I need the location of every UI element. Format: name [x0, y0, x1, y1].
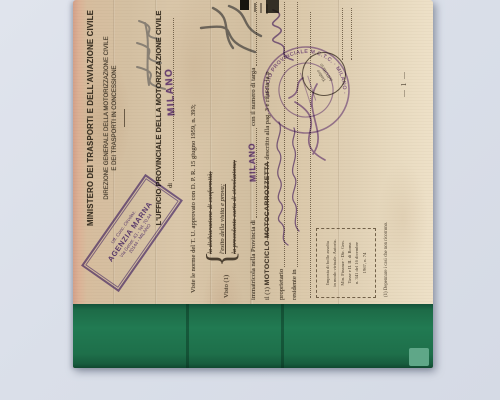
header-rule	[124, 109, 125, 127]
ministry-title: MINISTERO DEI TRASPORTI E DELL'AVIAZIONE…	[86, 6, 95, 230]
agenzia-marna-ink-stamp: Uff. Conc. Circolaz. AGENZIA MARNA Via G…	[81, 174, 183, 292]
bollo-line: Imposta di bollo assolta	[324, 241, 331, 285]
signature-line	[345, 8, 352, 60]
registration-document-page: MINISTERO DEI TRASPORTI E DELL'AVIAZIONE…	[73, 0, 433, 368]
cover-crease	[281, 304, 284, 368]
visto-label: Visto (1)	[223, 275, 230, 298]
residence-label: residente in	[291, 269, 298, 300]
registers-prefix: immatricola nella Provincia di	[250, 220, 257, 300]
bollo-line: n. 341 del 16 dicembre	[353, 242, 360, 284]
green-cover-edge	[73, 304, 433, 368]
director-signature-handwriting	[273, 73, 335, 168]
visto-item-visita-prova: l'esito della visita e prova;	[219, 184, 226, 254]
bollo-line: 1967, n. 74	[361, 253, 368, 274]
directorate-line-2: E DEI TRASPORTI IN CONCESSIONE	[112, 6, 118, 230]
owner-label: proprietario	[278, 269, 285, 300]
vehicle-prefix: il (1)	[264, 287, 271, 300]
bollo-notice-box: Imposta di bollo assolta in modo virtual…	[316, 228, 376, 298]
office-of-label: di	[167, 183, 174, 188]
vehicle-type-motocarrozzetta: MOTOCARROZZETTA	[264, 161, 271, 238]
directorate-line-1: DIREZIONE GENERALE DELLA MOTORIZZAZIONE …	[104, 6, 110, 230]
bollo-line: in modo virtuale. Autoriz.	[331, 239, 338, 287]
edge-ink-mark	[240, 0, 249, 10]
bollo-line: Tasse e II. II. di Roma	[346, 243, 353, 284]
premise-line: Viste le norme del T. U. approvato con D…	[190, 104, 197, 293]
page-number: — 1 —	[400, 62, 408, 106]
vehicle-type-motociclo: MOTOCICLO	[264, 240, 271, 285]
pencil-scribble-annotation	[121, 9, 173, 95]
visto-item-conformita: la dichiarazione di conformità;	[207, 171, 214, 254]
scanner-background: MINISTERO DEI TRASPORTI E DELL'AVIAZIONE…	[0, 0, 500, 400]
bollo-line: Min. Finanze - Dir. Gen.	[339, 240, 346, 285]
milano-ink-stamp-province: MILANO	[246, 142, 257, 182]
cover-worn-corner	[409, 348, 429, 366]
footnote: (1) Depennare i casi che non ricorrono.	[384, 222, 389, 297]
scanned-booklet: MINISTERO DEI TRASPORTI E DELL'AVIAZIONE…	[73, 0, 433, 369]
cover-crease	[186, 304, 189, 368]
edge-ink-mark	[266, 0, 279, 13]
vehicle-type-separator: -	[264, 238, 271, 240]
visto-item-precedente-carta: la precedente carta di circolazione;	[231, 160, 238, 254]
